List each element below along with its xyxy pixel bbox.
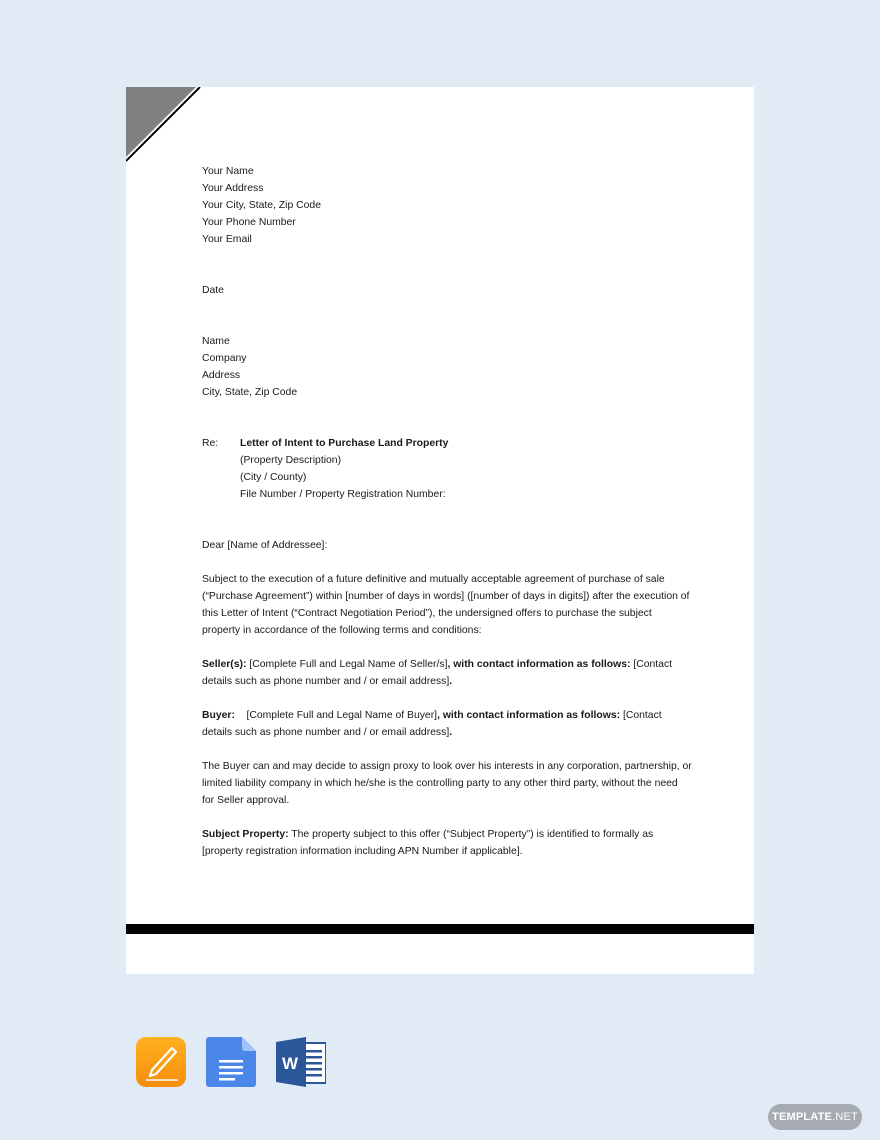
corner-decoration bbox=[126, 87, 206, 167]
template-net-badge[interactable]: TEMPLATE.NET bbox=[768, 1104, 862, 1130]
sender-name: Your Name bbox=[202, 163, 692, 180]
recipient-address: Address bbox=[202, 367, 692, 384]
letter-date: Date bbox=[202, 282, 692, 299]
svg-text:W: W bbox=[282, 1054, 299, 1073]
buyer-label: Buyer: bbox=[202, 710, 235, 721]
buyer-paragraph: Buyer: [Complete Full and Legal Name of … bbox=[202, 707, 692, 741]
sender-phone: Your Phone Number bbox=[202, 214, 692, 231]
salutation: Dear [Name of Addressee]: bbox=[202, 537, 692, 554]
re-label: Re: bbox=[202, 435, 240, 503]
subject-property-paragraph: Subject Property: The property subject t… bbox=[202, 826, 692, 860]
re-city-county: (City / County) bbox=[240, 469, 692, 486]
word-icon[interactable]: W bbox=[276, 1037, 326, 1087]
re-title: Letter of Intent to Purchase Land Proper… bbox=[240, 435, 692, 452]
recipient-block: Name Company Address City, State, Zip Co… bbox=[202, 333, 692, 401]
sender-address: Your Address bbox=[202, 180, 692, 197]
pages-icon[interactable] bbox=[136, 1037, 186, 1087]
re-block: Re: Letter of Intent to Purchase Land Pr… bbox=[202, 435, 692, 503]
buyer-contact-label: , with contact information as follows: bbox=[437, 710, 620, 721]
sender-email: Your Email bbox=[202, 231, 692, 248]
re-property-description: (Property Description) bbox=[240, 452, 692, 469]
proxy-paragraph: The Buyer can and may decide to assign p… bbox=[202, 758, 692, 809]
footer-bar bbox=[126, 924, 754, 934]
buyer-end: . bbox=[449, 727, 452, 738]
subject-property-label: Subject Property: bbox=[202, 829, 289, 840]
letter-content: Your Name Your Address Your City, State,… bbox=[202, 163, 692, 877]
recipient-name: Name bbox=[202, 333, 692, 350]
sender-city: Your City, State, Zip Code bbox=[202, 197, 692, 214]
seller-name: [Complete Full and Legal Name of Seller/… bbox=[246, 659, 447, 670]
seller-label: Seller(s): bbox=[202, 659, 246, 670]
re-file-number: File Number / Property Registration Numb… bbox=[240, 486, 692, 503]
intro-paragraph: Subject to the execution of a future def… bbox=[202, 571, 692, 639]
seller-end: . bbox=[449, 676, 452, 687]
seller-contact-label: , with contact information as follows: bbox=[447, 659, 630, 670]
buyer-name: [Complete Full and Legal Name of Buyer] bbox=[235, 710, 437, 721]
badge-suffix: .NET bbox=[832, 1111, 858, 1123]
badge-brand: TEMPLATE bbox=[772, 1111, 832, 1123]
app-icons: W bbox=[136, 1037, 326, 1087]
sender-block: Your Name Your Address Your City, State,… bbox=[202, 163, 692, 248]
google-docs-icon[interactable] bbox=[206, 1037, 256, 1087]
document-page: Your Name Your Address Your City, State,… bbox=[126, 87, 754, 974]
recipient-company: Company bbox=[202, 350, 692, 367]
recipient-city: City, State, Zip Code bbox=[202, 384, 692, 401]
seller-paragraph: Seller(s): [Complete Full and Legal Name… bbox=[202, 656, 692, 690]
